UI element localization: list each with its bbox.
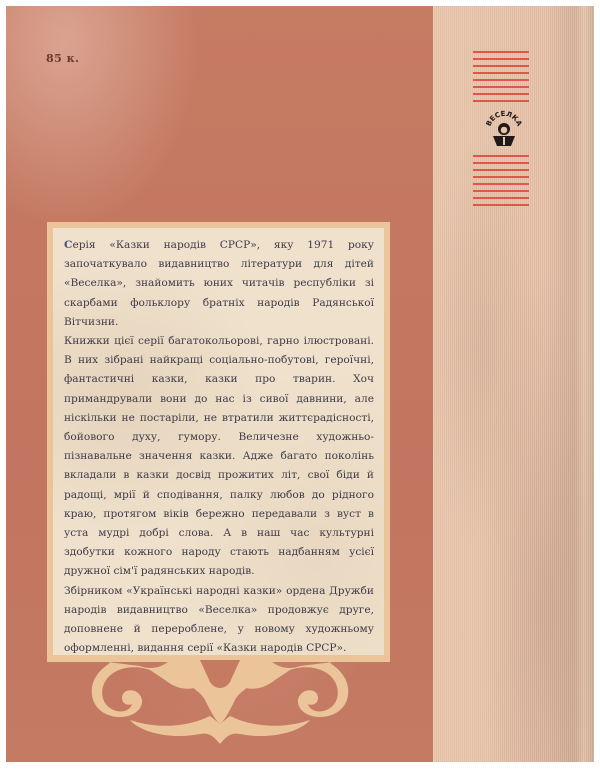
red-stripes-top [473,51,529,107]
paragraph-3: Збірником «Українські народні казки» орд… [64,582,374,659]
paragraph-2: Книжки цієї серії багатокольорові, гарно… [64,332,374,582]
price-label: 85 к. [46,52,79,65]
scroll-ornament [70,660,370,762]
paragraph-1: Серія «Казки народів СРСР», яку 1971 рок… [64,236,374,332]
annotation-text: Серія «Казки народів СРСР», яку 1971 рок… [64,236,374,658]
veselka-logo-icon: ВЕСЕЛКА [484,108,524,148]
red-stripes-bottom [473,155,529,211]
